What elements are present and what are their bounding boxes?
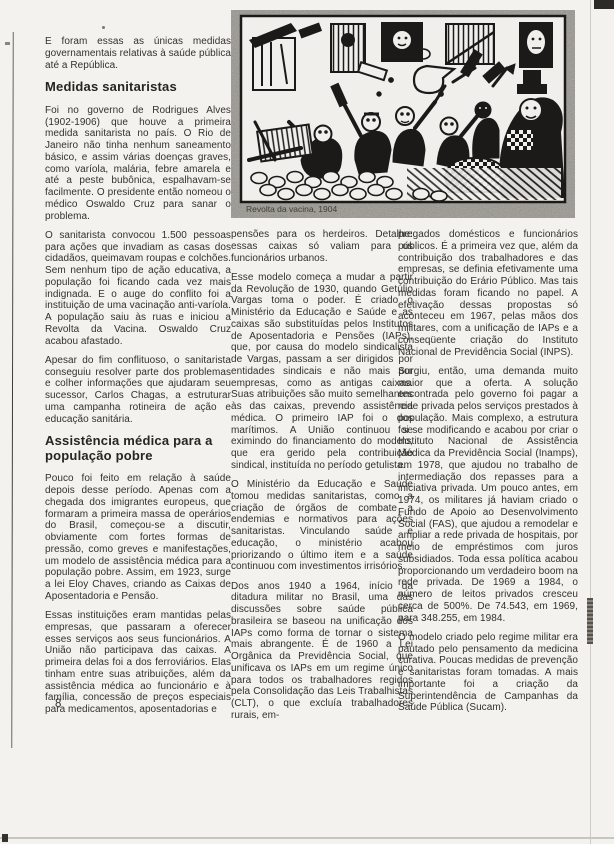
paragraph: Pouco foi feito em relação à saúde depoi… bbox=[45, 473, 231, 602]
scan-artifact-right-edge-line bbox=[590, 0, 591, 844]
paragraph: Surgiu, então, uma demanda muito maior q… bbox=[398, 366, 578, 625]
scan-artifact-top-right-block bbox=[594, 0, 614, 9]
paragraph: Apesar do fim conflituoso, o sanitarista… bbox=[45, 355, 231, 426]
paragraph: O Ministério da Educação e Saúde tomou m… bbox=[231, 479, 413, 573]
paragraph: O modelo criado pelo regime militar era … bbox=[398, 632, 578, 714]
intro-paragraph: E foram essas as únicas medidas governam… bbox=[45, 36, 231, 71]
column-left: E foram essas as únicas medidas governam… bbox=[45, 36, 231, 716]
scan-artifact-left-margin-line bbox=[11, 32, 14, 748]
vaccine-revolt-woodcut-illustration: Revolta da vacina, 1904 bbox=[231, 10, 575, 218]
scan-artifact-speck bbox=[102, 26, 105, 29]
figure-caption: Revolta da vacina, 1904 bbox=[246, 204, 337, 214]
paragraph: Foi no governo de Rodrigues Alves (1902-… bbox=[45, 105, 231, 223]
column-middle: pensões para os herdeiros. Detalhe: essa… bbox=[231, 229, 413, 722]
paragraph: Dos anos 1940 a 1964, início da ditadura… bbox=[231, 581, 413, 722]
section-heading-assistencia-medica: Assistência médica para a população pobr… bbox=[45, 434, 231, 463]
scan-artifact-bottom-left-mark bbox=[2, 834, 8, 842]
paragraph: Essas instituições eram mantidas pelas e… bbox=[45, 610, 231, 716]
column-right: pregados domésticos e funcionários públi… bbox=[398, 229, 578, 714]
scanned-document-page: Revolta da vacina, 1904 E foram essas as… bbox=[0, 0, 614, 844]
scan-artifact-right-dark-strip bbox=[587, 598, 593, 644]
paragraph: pensões para os herdeiros. Detalhe: essa… bbox=[231, 229, 413, 264]
page-number: 8 bbox=[55, 698, 61, 710]
scan-artifact-speck bbox=[5, 42, 10, 45]
paragraph: pregados domésticos e funcionários públi… bbox=[398, 229, 578, 358]
scan-artifact-bottom-edge-line bbox=[0, 837, 614, 839]
figure-revolta-da-vacina: Revolta da vacina, 1904 bbox=[231, 10, 575, 218]
paragraph: Esse modelo começa a mudar a partir da R… bbox=[231, 272, 413, 472]
paragraph: O sanitarista convocou 1.500 pessoas par… bbox=[45, 230, 231, 348]
section-heading-medidas-sanitaristas: Medidas sanitaristas bbox=[45, 80, 231, 95]
